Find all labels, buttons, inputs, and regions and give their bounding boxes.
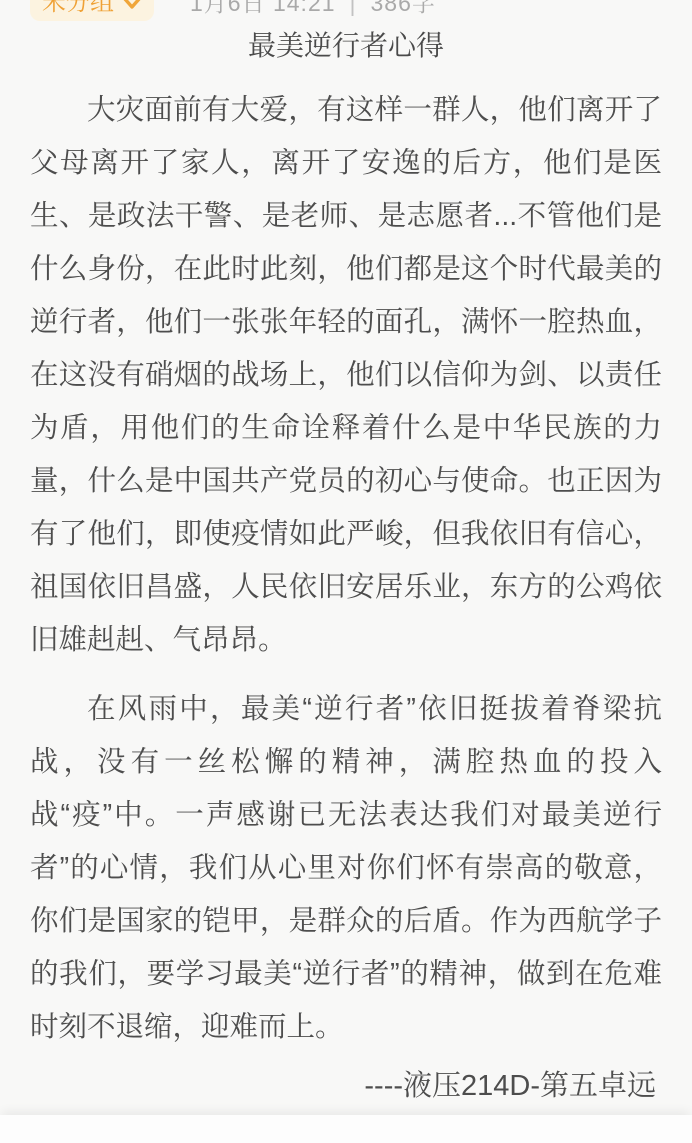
paragraph-2: 在风雨中，最美“逆行者”依旧挺拔着脊梁抗战，没有一丝松懈的精神，满腔热血的投入战… (30, 683, 662, 1054)
chevron-down-icon (122, 0, 142, 10)
note-header: 未分组 1月6日 14:21 | 386字 (30, 0, 672, 21)
paragraph-1: 大灾面前有大爱，有这样一群人，他们离开了父母离开了家人，离开了安逸的后方，他们是… (30, 84, 662, 667)
meta-separator: | (350, 0, 357, 16)
group-badge[interactable]: 未分组 (30, 0, 154, 21)
note-content[interactable]: 最美逆行者心得 大灾面前有大爱，有这样一群人，他们离开了父母离开了家人，离开了安… (0, 28, 692, 1106)
footer-band (0, 1115, 692, 1143)
word-count: 386字 (371, 0, 436, 16)
group-badge-label: 未分组 (42, 0, 114, 16)
note-title: 最美逆行者心得 (30, 28, 662, 64)
note-meta: 1月6日 14:21 | 386字 (190, 0, 436, 16)
note-date: 1月6日 14:21 (190, 0, 336, 16)
note-page: 未分组 1月6日 14:21 | 386字 最美逆行者心得 大灾面前有大爱，有这… (0, 0, 692, 1143)
signature-line: ----液压214D-第五卓远 (30, 1066, 656, 1106)
